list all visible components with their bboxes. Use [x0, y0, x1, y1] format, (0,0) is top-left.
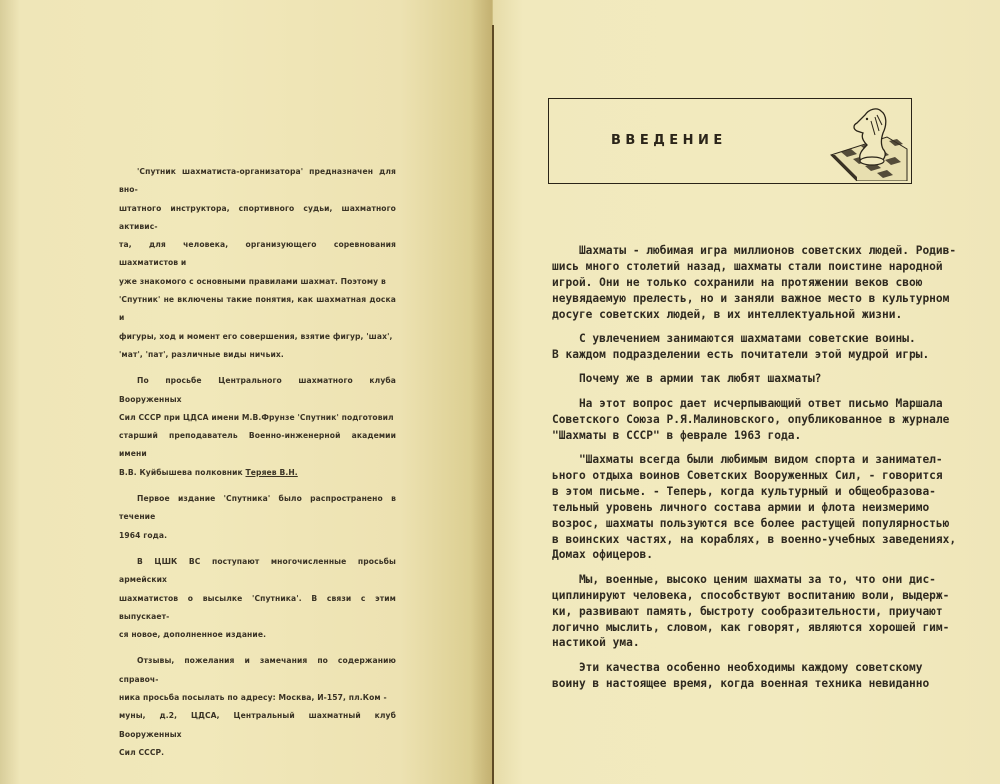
right-paragraph: Шахматы - любимая игра миллионов советск… — [552, 243, 938, 323]
right-page-text: Шахматы - любимая игра миллионов советск… — [552, 243, 938, 700]
left-paragraph-3: Первое издание 'Спутника' было распростр… — [119, 490, 396, 545]
book-spine — [492, 25, 494, 784]
chess-knight-icon — [827, 103, 909, 181]
left-paragraph-5: Отзывы, пожелания и замечания по содержа… — [119, 652, 396, 762]
right-paragraph: Мы, военные, высоко ценим шахматы за то,… — [552, 572, 938, 652]
left-paragraph-2: По просьбе Центрального шахматного клуба… — [119, 372, 396, 482]
right-paragraph: С увлечением занимаются шахматами советс… — [552, 331, 938, 363]
right-paragraph: На этот вопрос дает исчерпывающий ответ … — [552, 396, 938, 444]
left-paragraph-1: 'Спутник шахматиста-организатора' предна… — [119, 163, 396, 364]
left-paragraph-4: В ЦШК ВС поступают многочисленные просьб… — [119, 553, 396, 644]
left-page-text: 'Спутник шахматиста-организатора' предна… — [119, 163, 396, 770]
right-paragraph: "Шахматы всегда были любимым видом спорт… — [552, 452, 938, 563]
spine-shadow — [470, 0, 492, 784]
author-name: Теряев В.Н. — [246, 468, 298, 477]
chapter-heading-box: ВВЕДЕНИЕ — [548, 98, 912, 184]
right-paragraph: Почему же в армии так любят шахматы? — [552, 371, 938, 387]
right-paragraph: Эти качества особенно необходимы каждому… — [552, 660, 938, 692]
book-spread: 'Спутник шахматиста-организатора' предна… — [0, 0, 1000, 784]
chapter-heading: ВВЕДЕНИЕ — [611, 133, 727, 148]
